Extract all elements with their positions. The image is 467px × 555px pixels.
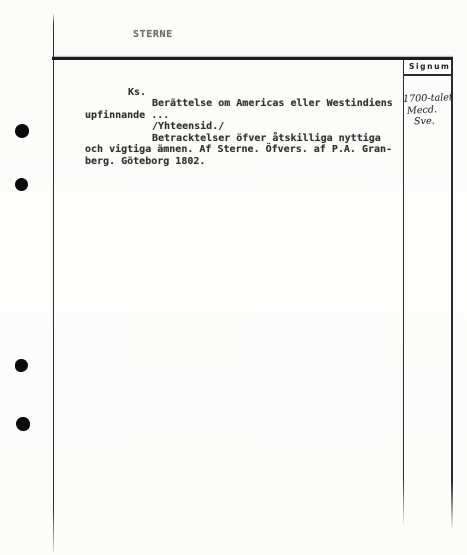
- table-right-rule: [451, 59, 452, 528]
- catalog-entry-line: /Yhteensid./: [152, 121, 415, 133]
- hole-punch-dot: [15, 178, 28, 191]
- catalog-entry-line: Berättelse om Americas eller Westindiens: [152, 98, 415, 110]
- signum-column-header: Signum: [409, 62, 450, 71]
- card-heading: STERNE: [133, 29, 173, 40]
- hole-punch-dot: [16, 417, 30, 431]
- hole-punch-dot: [15, 359, 29, 372]
- signum-header-underline: [403, 74, 453, 75]
- left-margin-rule: [53, 13, 54, 552]
- signum-handwritten-line: Sve.: [414, 116, 435, 128]
- table-top-rule: [52, 57, 453, 60]
- catalog-entry: Ks.Berättelse om Americas eller Westindi…: [85, 87, 415, 168]
- catalog-entry-line: Betracktelser öfver åtskilliga nyttiga: [152, 133, 415, 145]
- library-catalog-card: STERNE Signum 1700-talet Mecd. Sve. Ks.B…: [0, 0, 467, 555]
- hole-punch-dot: [15, 124, 29, 138]
- catalog-entry-line: berg. Göteborg 1802.: [85, 156, 415, 168]
- catalog-entry-line: Ks.: [128, 87, 415, 99]
- catalog-entry-line: upfinnande ...: [85, 110, 415, 122]
- catalog-entry-line: och vigtiga ämnen. Af Sterne. Öfvers. af…: [85, 144, 415, 156]
